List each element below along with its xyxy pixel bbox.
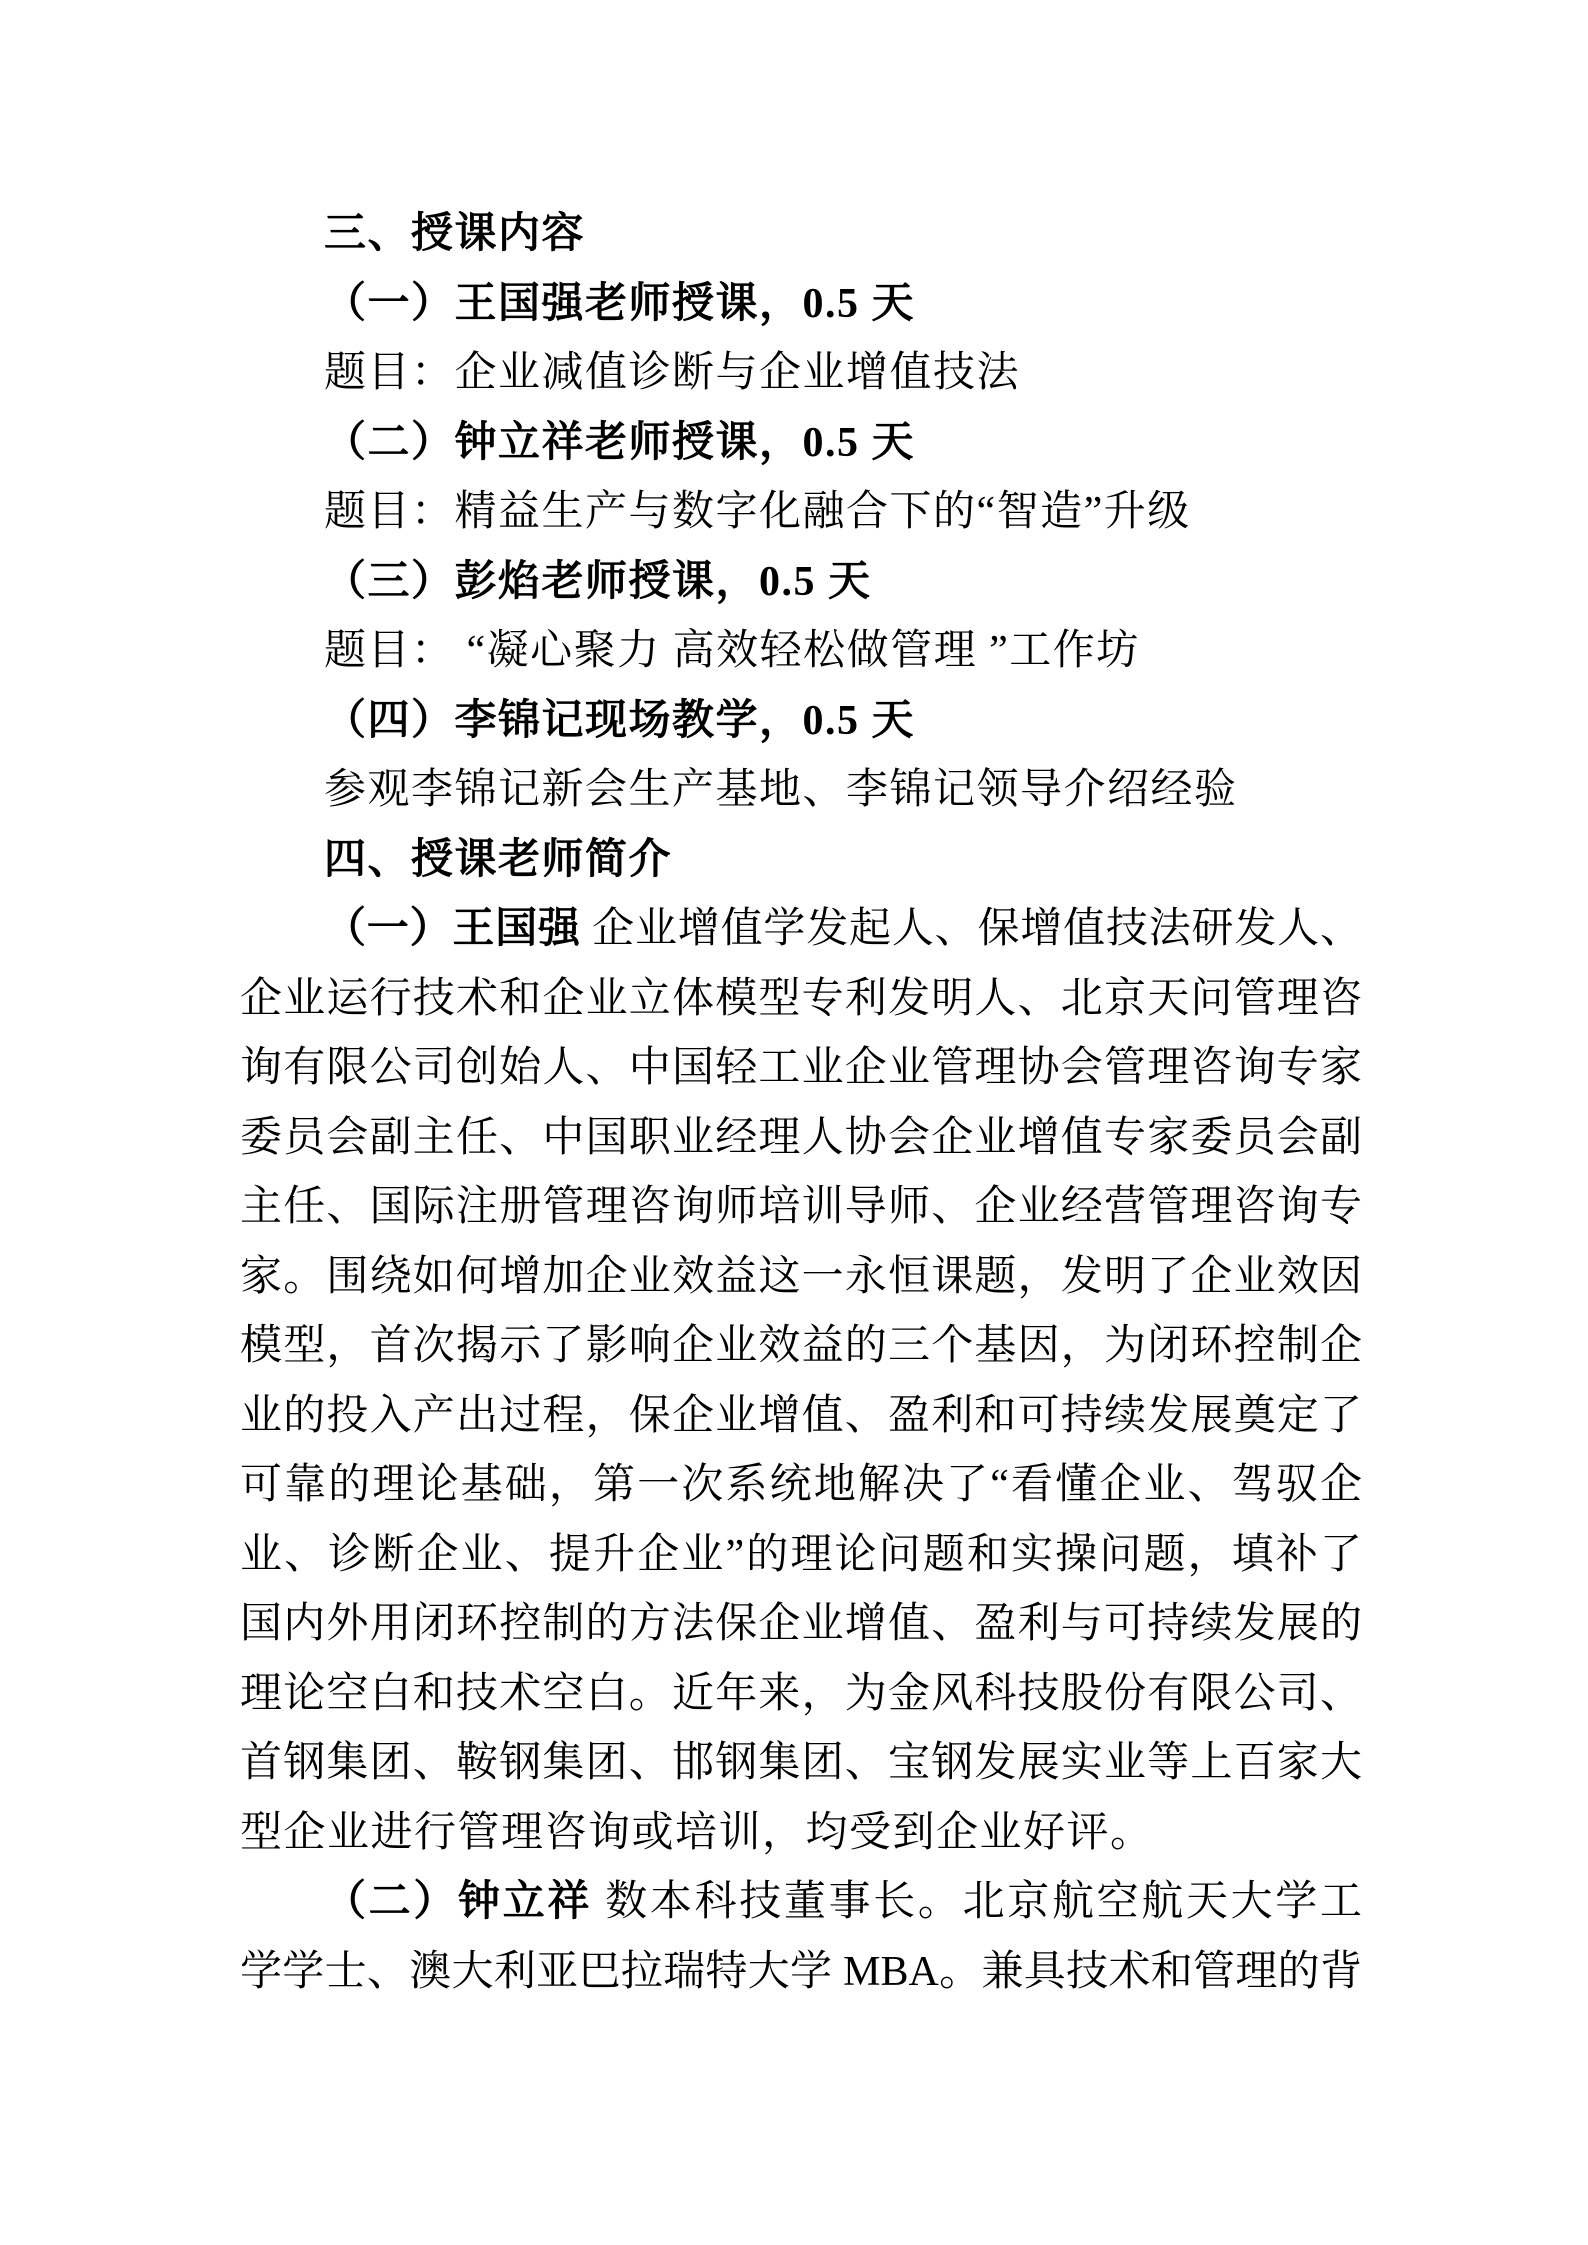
heading-line: 四、授课老师简介 bbox=[240, 826, 1362, 896]
bold-text-run: （一）王国强老师授课，0.5 天 bbox=[324, 281, 915, 327]
text-run: 家。围绕如何增加企业效益这一永恒课题，发明了企业效因 bbox=[240, 1254, 1362, 1300]
heading-line: （四）李锦记现场教学，0.5 天 bbox=[240, 687, 1362, 757]
text-run: 可靠的理论基础，第一次系统地解决了“看懂企业、驾驭企 bbox=[240, 1462, 1362, 1508]
heading-line: 三、授课内容 bbox=[240, 200, 1362, 270]
text-line: 业的投入产出过程，保企业增值、盈利和可持续发展奠定了 bbox=[240, 1382, 1362, 1452]
text-line: 题目： “凝心聚力 高效轻松做管理 ”工作坊 bbox=[240, 617, 1362, 687]
bold-text-run: 四、授课老师简介 bbox=[324, 837, 672, 883]
bold-text-run: （四）李锦记现场教学，0.5 天 bbox=[324, 698, 915, 744]
text-run: 理论空白和技术空白。近年来，为金风科技股份有限公司、 bbox=[240, 1671, 1362, 1717]
text-line: 可靠的理论基础，第一次系统地解决了“看懂企业、驾驭企 bbox=[240, 1451, 1362, 1521]
text-run: 国内外用闭环控制的方法保企业增值、盈利与可持续发展的 bbox=[240, 1601, 1362, 1647]
text-run: 首钢集团、鞍钢集团、邯钢集团、宝钢发展实业等上百家大 bbox=[240, 1740, 1362, 1786]
text-run: 学学士、澳大利亚巴拉瑞特大学 MBA。兼具技术和管理的背 bbox=[240, 1949, 1362, 1995]
text-line: 企业运行技术和企业立体模型专利发明人、北京天问管理咨 bbox=[240, 965, 1362, 1035]
heading-line: （二）钟立祥老师授课，0.5 天 bbox=[240, 409, 1362, 479]
text-line: 国内外用闭环控制的方法保企业增值、盈利与可持续发展的 bbox=[240, 1590, 1362, 1660]
bold-text-run: （一）王国强 bbox=[324, 906, 581, 952]
text-run: 型企业进行管理咨询或培训，均受到企业好评。 bbox=[240, 1810, 1154, 1856]
text-run: 业、诊断企业、提升企业”的理论问题和实操问题，填补了 bbox=[240, 1532, 1362, 1578]
text-run: 数本科技董事长。北京航空航天大学工 bbox=[592, 1879, 1362, 1925]
text-line: 题目：企业减值诊断与企业增值技法 bbox=[240, 339, 1362, 409]
text-line: 首钢集团、鞍钢集团、邯钢集团、宝钢发展实业等上百家大 bbox=[240, 1729, 1362, 1799]
text-line: 模型，首次揭示了影响企业效益的三个基因，为闭环控制企 bbox=[240, 1312, 1362, 1382]
text-line: 委员会副主任、中国职业经理人协会企业增值专家委员会副 bbox=[240, 1104, 1362, 1174]
bold-text-run: （二）钟立祥 bbox=[324, 1879, 592, 1925]
text-run: 题目：企业减值诊断与企业增值技法 bbox=[324, 350, 1020, 396]
text-line: （二）钟立祥 数本科技董事长。北京航空航天大学工 bbox=[240, 1868, 1362, 1938]
text-run: 企业运行技术和企业立体模型专利发明人、北京天问管理咨 bbox=[240, 976, 1362, 1022]
text-run: 题目：精益生产与数字化融合下的“智造”升级 bbox=[324, 489, 1191, 535]
text-line: 询有限公司创始人、中国轻工业企业管理协会管理咨询专家 bbox=[240, 1034, 1362, 1104]
text-line: 题目：精益生产与数字化融合下的“智造”升级 bbox=[240, 478, 1362, 548]
text-line: （一）王国强 企业增值学发起人、保增值技法研发人、 bbox=[240, 895, 1362, 965]
text-line: 业、诊断企业、提升企业”的理论问题和实操问题，填补了 bbox=[240, 1521, 1362, 1591]
text-run: 委员会副主任、中国职业经理人协会企业增值专家委员会副 bbox=[240, 1115, 1362, 1161]
text-run: 企业增值学发起人、保增值技法研发人、 bbox=[581, 906, 1362, 952]
text-line: 型企业进行管理咨询或培训，均受到企业好评。 bbox=[240, 1799, 1362, 1869]
text-run: 业的投入产出过程，保企业增值、盈利和可持续发展奠定了 bbox=[240, 1393, 1362, 1439]
document-body: 三、授课内容（一）王国强老师授课，0.5 天题目：企业减值诊断与企业增值技法（二… bbox=[240, 0, 1362, 2007]
text-run: 询有限公司创始人、中国轻工业企业管理协会管理咨询专家 bbox=[240, 1045, 1362, 1091]
bold-text-run: 三、授课内容 bbox=[324, 211, 585, 257]
text-line: 参观李锦记新会生产基地、李锦记领导介绍经验 bbox=[240, 756, 1362, 826]
document-page: 三、授课内容（一）王国强老师授课，0.5 天题目：企业减值诊断与企业增值技法（二… bbox=[0, 0, 1588, 2245]
text-run: 参观李锦记新会生产基地、李锦记领导介绍经验 bbox=[324, 767, 1238, 813]
text-line: 学学士、澳大利亚巴拉瑞特大学 MBA。兼具技术和管理的背 bbox=[240, 1938, 1362, 2008]
heading-line: （一）王国强老师授课，0.5 天 bbox=[240, 270, 1362, 340]
text-line: 家。围绕如何增加企业效益这一永恒课题，发明了企业效因 bbox=[240, 1243, 1362, 1313]
bold-text-run: （二）钟立祥老师授课，0.5 天 bbox=[324, 420, 915, 466]
text-line: 主任、国际注册管理咨询师培训导师、企业经营管理咨询专 bbox=[240, 1173, 1362, 1243]
bold-text-run: （三）彭焰老师授课，0.5 天 bbox=[324, 559, 872, 605]
text-run: 主任、国际注册管理咨询师培训导师、企业经营管理咨询专 bbox=[240, 1184, 1362, 1230]
text-run: 模型，首次揭示了影响企业效益的三个基因，为闭环控制企 bbox=[240, 1323, 1362, 1369]
heading-line: （三）彭焰老师授课，0.5 天 bbox=[240, 548, 1362, 618]
text-run: 题目： “凝心聚力 高效轻松做管理 ”工作坊 bbox=[324, 628, 1140, 674]
text-line: 理论空白和技术空白。近年来，为金风科技股份有限公司、 bbox=[240, 1660, 1362, 1730]
